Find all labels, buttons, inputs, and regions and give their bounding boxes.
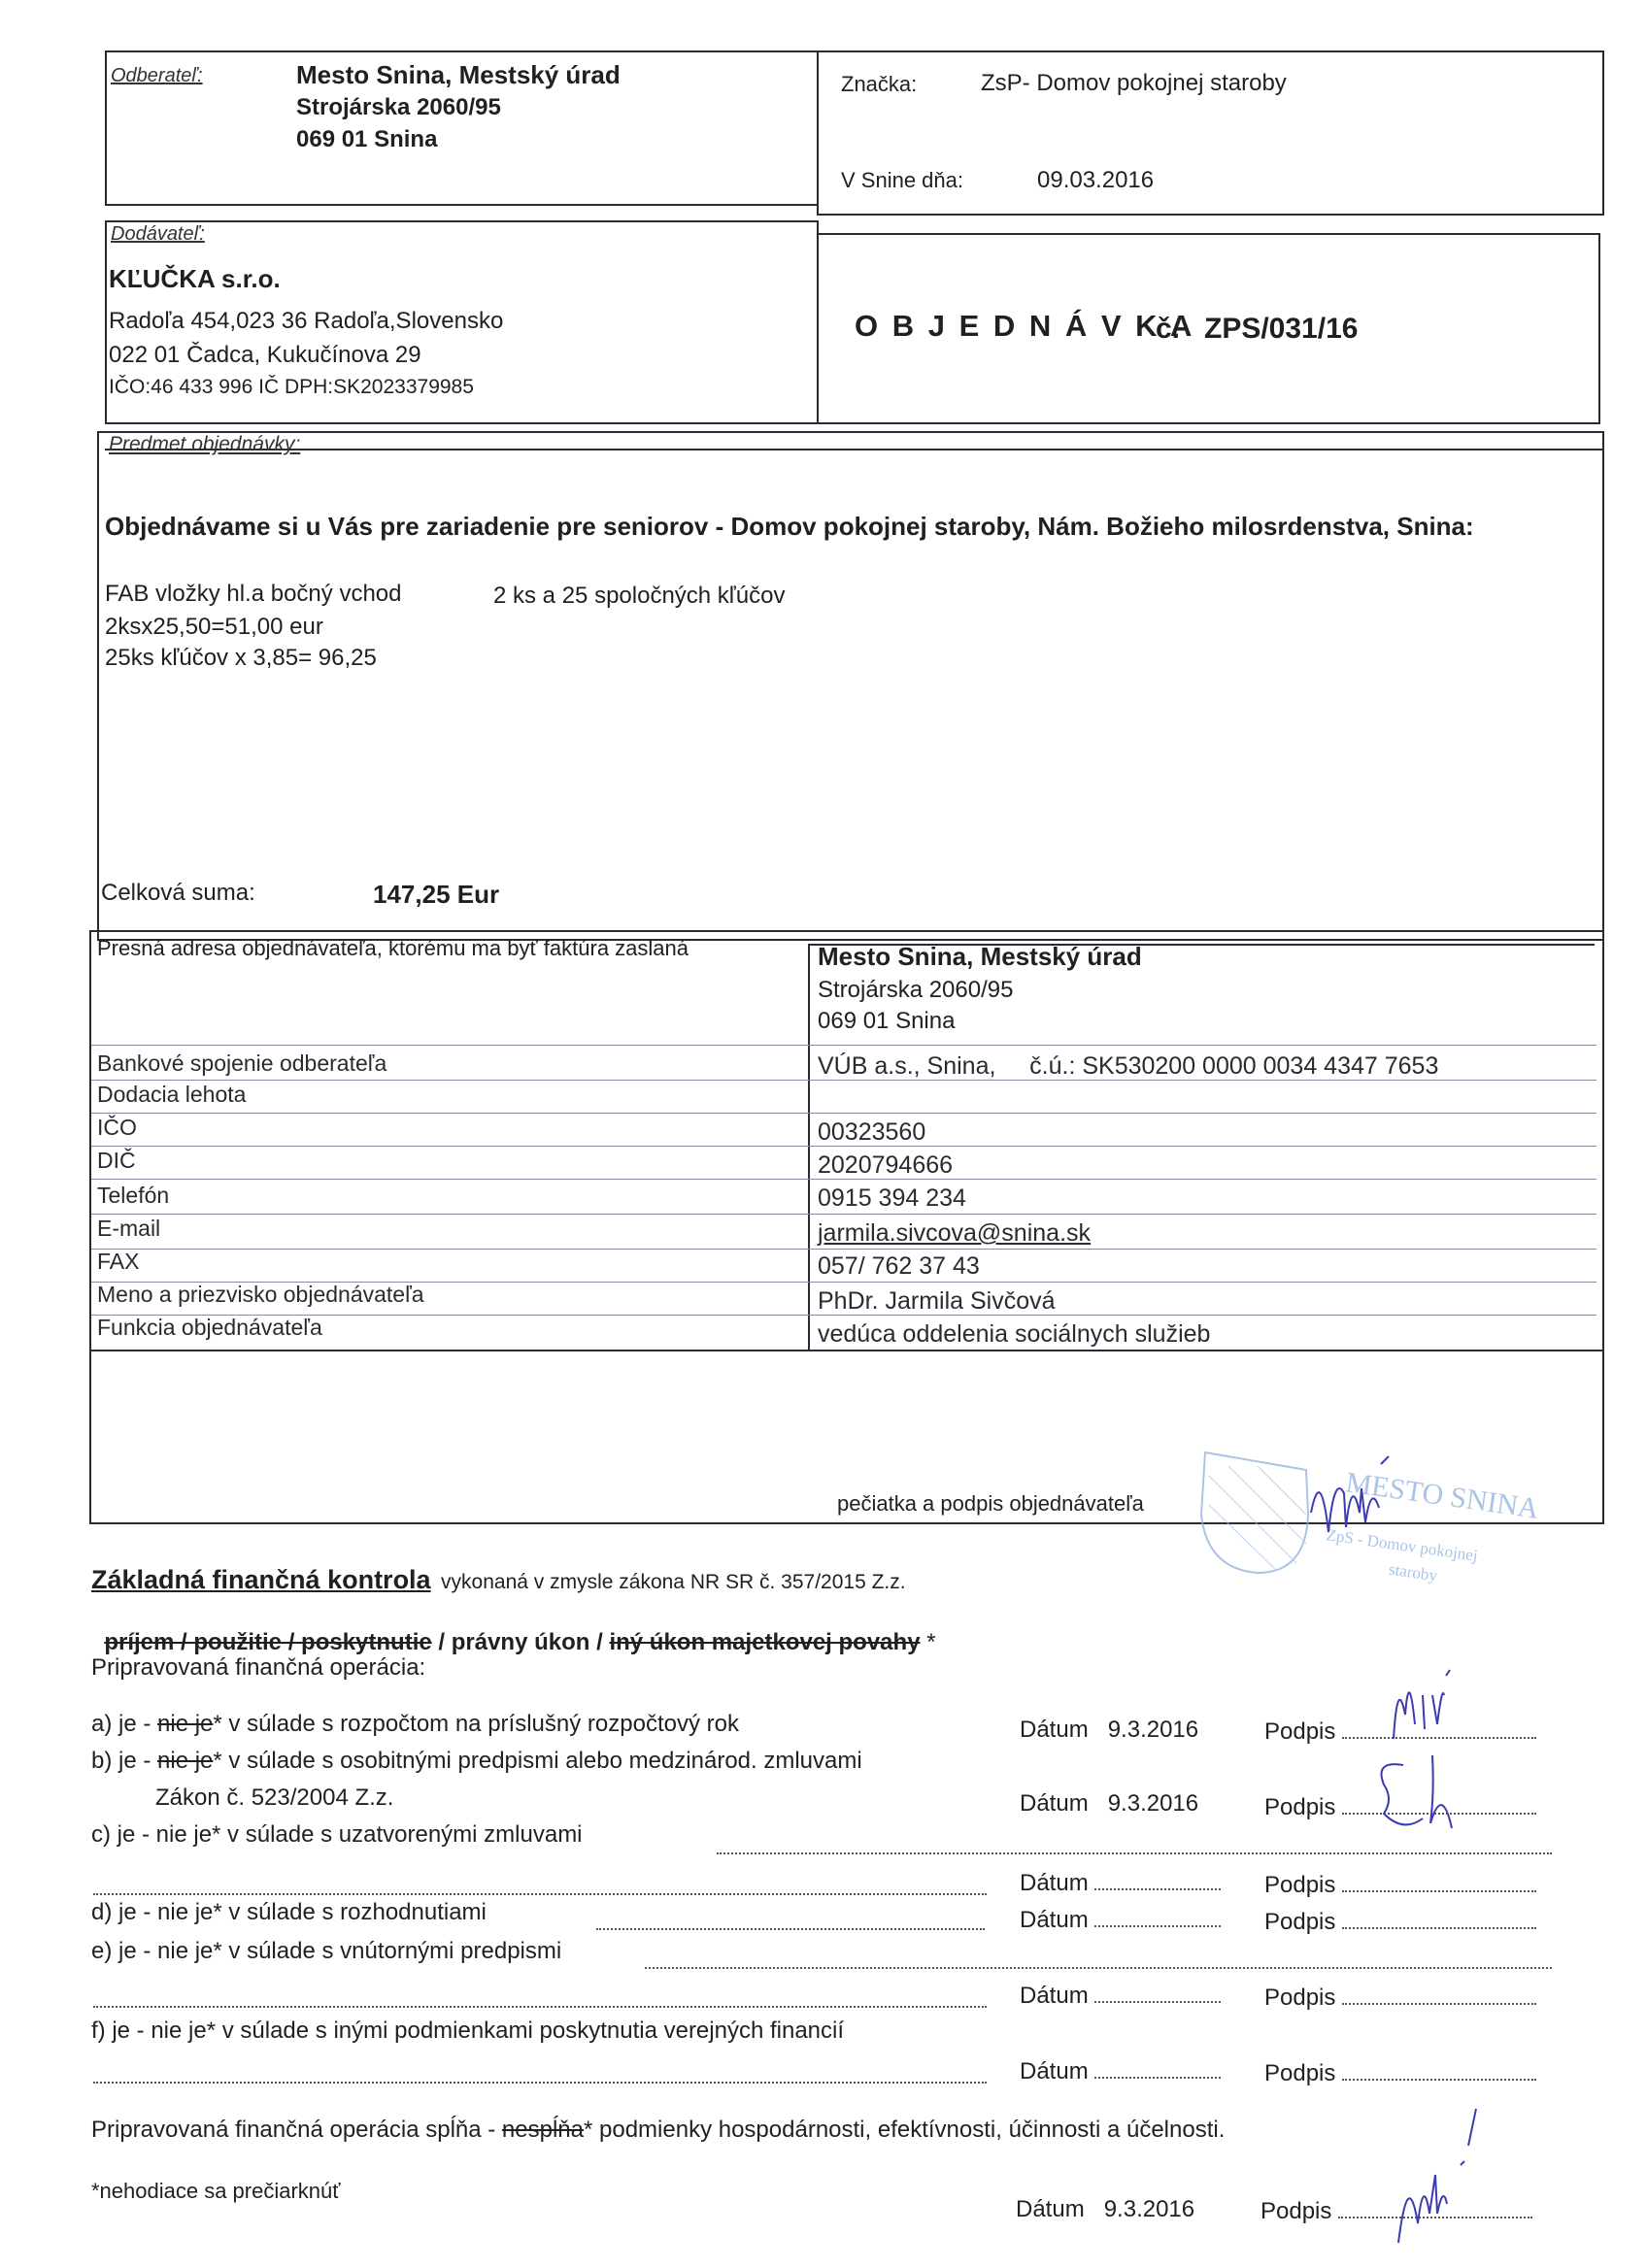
invoice-address-name: Mesto Snina, Mestský úrad — [818, 942, 1142, 972]
supplier-address-2: 022 01 Čadca, Kukučínova 29 — [109, 342, 421, 369]
invoice-address-street: Strojárska 2060/95 — [818, 977, 1013, 1004]
control-item-c: c) je - nie je* v súlade s uzatvorenými … — [91, 1821, 583, 1849]
subject-intro: Objednávame si u Vás pre zariadenie pre … — [105, 512, 1474, 542]
control-type-star: * — [921, 1629, 936, 1655]
signature-field-f[interactable]: Podpis — [1264, 2060, 1536, 2087]
supplier-address-1: Radoľa 454,023 36 Radoľa,Slovensko — [109, 308, 503, 335]
phone-label: Telefón — [97, 1183, 169, 1209]
order-number-label: č. — [1156, 313, 1180, 346]
control-heading: Základná finančná kontrola vykonaná v zm… — [91, 1565, 906, 1595]
total-label: Celková suma: — [101, 880, 255, 907]
supplier-label: Dodávateľ: — [111, 223, 205, 246]
date-a: Dátum 9.3.2016 — [1020, 1717, 1198, 1744]
signature-field-d[interactable]: Podpis — [1264, 1909, 1536, 1936]
date-d[interactable]: Dátum — [1020, 1907, 1221, 1934]
total-value: 147,25 Eur — [373, 880, 499, 910]
control-item-e: e) je - nie je* v súlade s vnútornými pr… — [91, 1938, 561, 1965]
control-title-suffix: vykonaná v zmysle zákona NR SR č. 357/20… — [441, 1571, 906, 1593]
reference-label: Značka: — [841, 72, 917, 97]
control-type-struck-2: iný úkon majetkovej povahy — [609, 1629, 920, 1655]
place-date-label: V Snine dňa: — [841, 168, 963, 193]
subject-label: Predmet objednávky: — [109, 433, 300, 456]
control-item-b-law: Zákon č. 523/2004 Z.z. — [155, 1784, 393, 1812]
reference-value: ZsP- Domov pokojnej staroby — [981, 70, 1287, 97]
bank-value: VÚB a.s., Snina, č.ú.: SK530200 0000 003… — [818, 1052, 1438, 1081]
signature-a — [1384, 1656, 1471, 1749]
supplier-ids: IČO:46 433 996 IČ DPH:SK2023379985 — [109, 376, 474, 399]
control-item-b: b) je - nie je* v súlade s osobitnými pr… — [91, 1748, 862, 1775]
invoice-address-city: 069 01 Snina — [818, 1008, 955, 1035]
buyer-city: 069 01 Snina — [296, 126, 437, 153]
phone-value: 0915 394 234 — [818, 1184, 966, 1213]
orderer-function-label: Funkcia objednávateľa — [97, 1315, 322, 1341]
email-label: E-mail — [97, 1216, 160, 1242]
supplier-name: KĽUČKA s.r.o. — [109, 264, 281, 294]
subject-box — [97, 431, 1604, 941]
email-link[interactable]: jarmila.sivcova@snina.sk — [818, 1219, 1091, 1248]
fax-label: FAX — [97, 1249, 139, 1275]
order-number: ZPS/031/16 — [1204, 313, 1358, 346]
invoice-address-label: Presná adresa objednávateľa, ktorému ma … — [97, 936, 689, 961]
order-title: O B J E D N Á V K A — [855, 309, 1194, 344]
control-item-d: d) je - nie je* v súlade s rozhodnutiami — [91, 1899, 487, 1926]
ico-value: 00323560 — [818, 1118, 925, 1147]
control-type: príjem / použitie / poskytnutie / právny… — [91, 1602, 936, 1656]
date-f[interactable]: Dátum — [1020, 2058, 1221, 2085]
calc-line-1: 2ksx25,50=51,00 eur — [105, 614, 323, 641]
ico-label: IČO — [97, 1115, 137, 1141]
stamp-signature-label: pečiatka a podpis objednávateľa — [837, 1491, 1144, 1517]
control-item-a: a) je - nie je* v súlade s rozpočtom na … — [91, 1711, 739, 1738]
operation-label: Pripravovaná finančná operácia: — [91, 1654, 425, 1682]
final-date: Dátum 9.3.2016 — [1016, 2196, 1194, 2223]
fax-value: 057/ 762 37 43 — [818, 1252, 980, 1281]
buyer-name: Mesto Snina, Mestský úrad — [296, 60, 621, 90]
signature-b — [1364, 1746, 1481, 1838]
date-c[interactable]: Dátum — [1020, 1870, 1221, 1897]
item-description: FAB vložky hl.a bočný vchod — [105, 581, 401, 608]
control-title: Základná finančná kontrola — [91, 1565, 431, 1594]
control-item-f: f) je - nie je* v súlade s inými podmien… — [91, 2018, 844, 2045]
orderer-function-value: vedúca oddelenia sociálnych služieb — [818, 1320, 1210, 1349]
item-quantity: 2 ks a 25 spoločných kľúčov — [493, 583, 786, 610]
control-type-active: / právny úkon / — [432, 1629, 610, 1655]
dic-label: DIČ — [97, 1148, 136, 1174]
signature-final — [1379, 2107, 1496, 2257]
buyer-street: Strojárska 2060/95 — [296, 94, 501, 121]
control-conclusion: Pripravovaná finančná operácia spĺňa - n… — [91, 2117, 1225, 2144]
calc-line-2: 25ks kľúčov x 3,85= 96,25 — [105, 645, 377, 672]
date-b: Dátum 9.3.2016 — [1020, 1790, 1198, 1818]
footnote: *nehodiace sa prečiarknúť — [91, 2179, 341, 2204]
signature-field-e[interactable]: Podpis — [1264, 1984, 1536, 2012]
control-type-struck-1: príjem / použitie / poskytnutie — [104, 1629, 431, 1655]
delivery-term-label: Dodacia lehota — [97, 1082, 246, 1108]
buyer-label: Odberateľ: — [111, 65, 203, 87]
dic-value: 2020794666 — [818, 1151, 953, 1180]
date-e[interactable]: Dátum — [1020, 1983, 1221, 2010]
orderer-name-value: PhDr. Jarmila Sivčová — [818, 1287, 1056, 1316]
bank-label: Bankové spojenie odberateľa — [97, 1051, 387, 1077]
order-date: 09.03.2016 — [1037, 167, 1154, 194]
orderer-signature — [1301, 1454, 1428, 1547]
orderer-name-label: Meno a priezvisko objednávateľa — [97, 1282, 424, 1308]
signature-field-c[interactable]: Podpis — [1264, 1872, 1536, 1899]
